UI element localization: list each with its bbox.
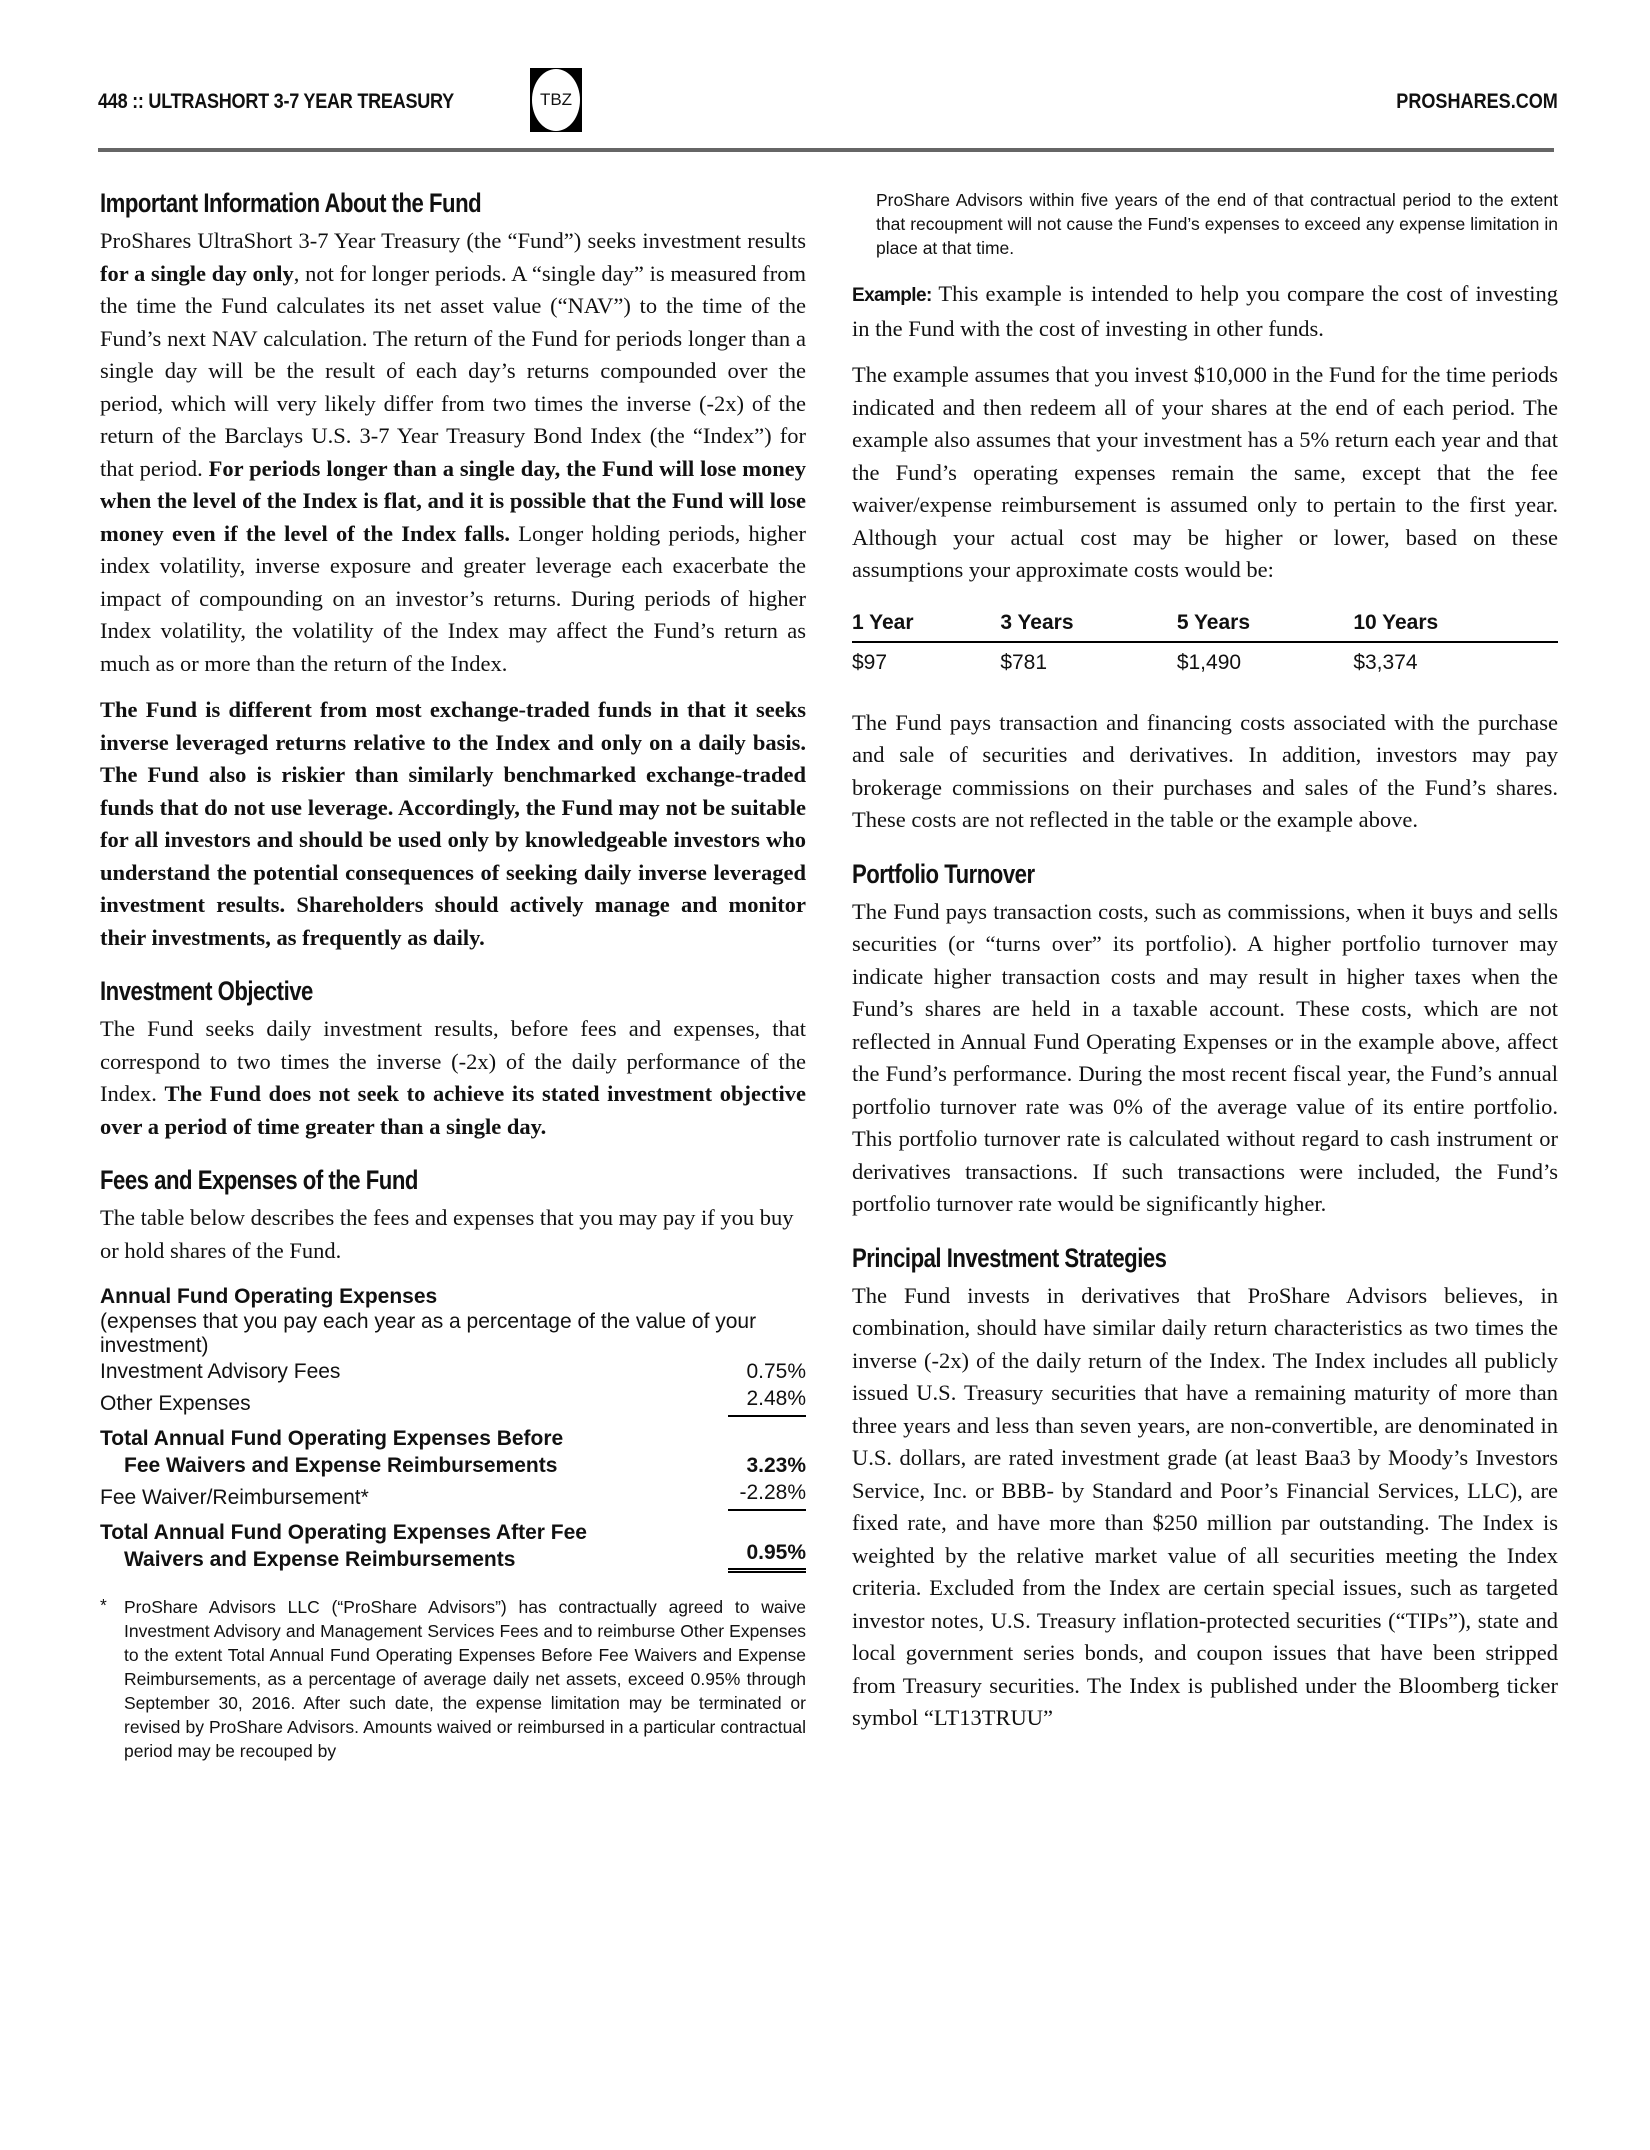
- table-row: Investment Advisory Fees 0.75%: [100, 1358, 806, 1385]
- example-label: Example:: [852, 285, 932, 306]
- table-cell: $1,490: [1177, 642, 1354, 677]
- row-value: 0.75%: [728, 1358, 806, 1385]
- section-heading: Portfolio Turnover: [852, 859, 1431, 890]
- table-cell: $3,374: [1353, 642, 1558, 677]
- fees-intro: The table below describes the fees and e…: [100, 1202, 806, 1267]
- row-value: 3.23%: [728, 1452, 806, 1479]
- running-title: 448 :: ULTRASHORT 3-7 YEAR TREASURY: [98, 90, 454, 114]
- label-line: Total Annual Fund Operating Expenses Bef…: [100, 1427, 563, 1450]
- portfolio-turnover-section: Portfolio Turnover The Fund pays transac…: [852, 859, 1558, 1221]
- footnote: * ProShare Advisors LLC (“ProShare Advis…: [100, 1595, 806, 1763]
- table-row: Fee Waiver/Reimbursement* -2.28%: [100, 1479, 806, 1511]
- example-section: Example: This example is intended to hel…: [852, 278, 1558, 837]
- important-info-paragraph: ProShares UltraShort 3-7 Year Treasury (…: [100, 225, 806, 680]
- objective-paragraph: The Fund seeks daily investment results,…: [100, 1013, 806, 1143]
- row-value: 2.48%: [728, 1385, 806, 1417]
- example-intro: Example: This example is intended to hel…: [852, 278, 1558, 345]
- row-label: Total Annual Fund Operating Expenses Bef…: [100, 1425, 563, 1479]
- right-column: ProShare Advisors within five years of t…: [852, 188, 1558, 1749]
- table-title: Annual Fund Operating Expenses: [100, 1283, 806, 1310]
- table-row: $97 $781 $1,490 $3,374: [852, 642, 1558, 677]
- row-label: Total Annual Fund Operating Expenses Aft…: [100, 1519, 587, 1573]
- column-header: 1 Year: [852, 609, 1000, 642]
- section-heading: Investment Objective: [100, 976, 679, 1007]
- section-heading: Fees and Expenses of the Fund: [100, 1165, 679, 1196]
- bold-text-run: The Fund is different from most exchange…: [100, 697, 806, 950]
- page-header: 448 :: ULTRASHORT 3-7 YEAR TREASURY TBZ …: [98, 86, 1558, 152]
- turnover-paragraph: The Fund pays transaction costs, such as…: [852, 896, 1558, 1221]
- column-header: 5 Years: [1177, 609, 1354, 642]
- table-cell: $97: [852, 642, 1000, 677]
- text-run: ProShares UltraShort 3-7 Year Treasury (…: [100, 228, 806, 253]
- ticker-badge: TBZ: [530, 68, 582, 132]
- row-label: Other Expenses: [100, 1390, 251, 1417]
- total-before-row: Total Annual Fund Operating Expenses Bef…: [100, 1425, 806, 1479]
- strategies-section: Principal Investment Strategies The Fund…: [852, 1243, 1558, 1735]
- table-header-row: 1 Year 3 Years 5 Years 10 Years: [852, 609, 1558, 642]
- footnote-marker: *: [100, 1595, 124, 1763]
- fees-section: Fees and Expenses of the Fund The table …: [100, 1165, 806, 1763]
- row-label: Investment Advisory Fees: [100, 1358, 340, 1385]
- leverage-warning-paragraph: The Fund is different from most exchange…: [100, 694, 806, 954]
- title-separator: ::: [132, 90, 144, 113]
- website-link: PROSHARES.COM: [1396, 90, 1558, 114]
- cost-example-table: 1 Year 3 Years 5 Years 10 Years $97 $781…: [852, 609, 1558, 677]
- label-line: Total Annual Fund Operating Expenses Aft…: [100, 1521, 587, 1544]
- strategies-paragraph: The Fund invests in derivatives that Pro…: [852, 1280, 1558, 1735]
- text-run: , not for longer periods. A “single day”…: [100, 261, 806, 481]
- row-label: Fee Waiver/Reimbursement*: [100, 1484, 369, 1511]
- column-header: 10 Years: [1353, 609, 1558, 642]
- left-column: Important Information About the Fund Pro…: [100, 188, 806, 1763]
- table-cell: $781: [1000, 642, 1177, 677]
- important-info-section: Important Information About the Fund Pro…: [100, 188, 806, 954]
- page-number: 448: [98, 90, 127, 113]
- table-subtitle: (expenses that you pay each year as a pe…: [100, 1310, 806, 1358]
- column-header: 3 Years: [1000, 609, 1177, 642]
- row-value: 0.95%: [728, 1539, 806, 1573]
- row-value: -2.28%: [728, 1479, 806, 1511]
- investment-objective-section: Investment Objective The Fund seeks dail…: [100, 976, 806, 1143]
- section-heading: Important Information About the Fund: [100, 188, 679, 219]
- bold-text-run: for a single day only: [100, 261, 294, 286]
- total-after-row: Total Annual Fund Operating Expenses Aft…: [100, 1519, 806, 1573]
- example-assumptions: The example assumes that you invest $10,…: [852, 359, 1558, 587]
- footnote-text: ProShare Advisors LLC (“ProShare Advisor…: [124, 1595, 806, 1763]
- text-run: This example is intended to help you com…: [852, 281, 1558, 341]
- operating-expenses-table: Annual Fund Operating Expenses (expenses…: [100, 1283, 806, 1573]
- label-line: Fee Waivers and Expense Reimbursements: [100, 1452, 563, 1479]
- label-line: Waivers and Expense Reimbursements: [100, 1546, 587, 1573]
- table-row: Other Expenses 2.48%: [100, 1385, 806, 1417]
- fund-title: ULTRASHORT 3-7 YEAR TREASURY: [148, 90, 454, 113]
- transaction-costs-paragraph: The Fund pays transaction and financing …: [852, 707, 1558, 837]
- bold-text-run: The Fund does not seek to achieve its st…: [100, 1081, 806, 1139]
- section-heading: Principal Investment Strategies: [852, 1243, 1431, 1274]
- footnote-continued: ProShare Advisors within five years of t…: [852, 188, 1558, 260]
- header-divider: [98, 148, 1554, 152]
- ticker-symbol: TBZ: [532, 69, 580, 131]
